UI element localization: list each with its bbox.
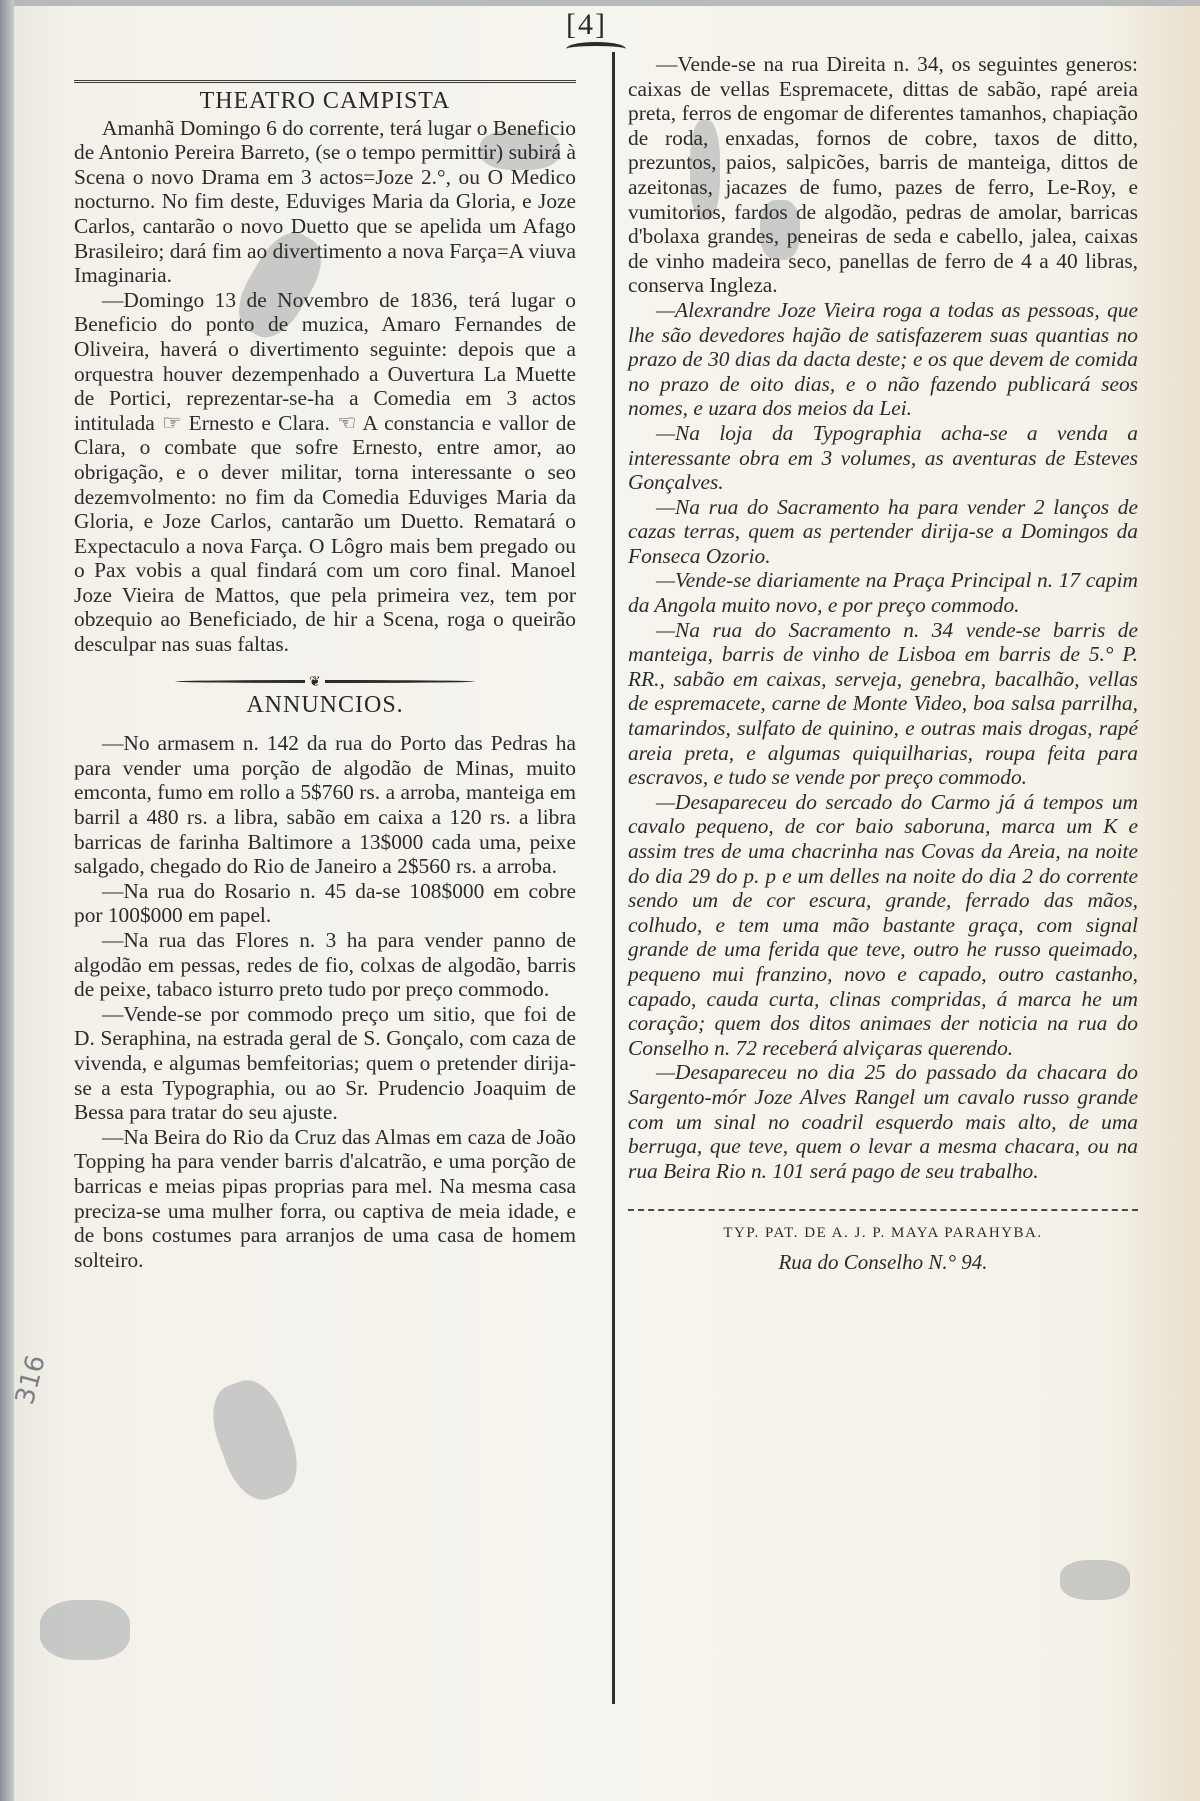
ad-paragraph: —No armasem n. 142 da rua do Porto das P… bbox=[74, 731, 576, 879]
stain bbox=[202, 1372, 309, 1509]
ornament-icon: ❦ bbox=[305, 671, 325, 696]
annuncios-heading: ANNUNCIOS. bbox=[74, 693, 576, 718]
stain bbox=[40, 1600, 130, 1660]
left-column: THEATRO CAMPISTA Amanhã Domingo 6 do cor… bbox=[74, 62, 576, 1272]
theatro-campista-heading: THEATRO CAMPISTA bbox=[74, 89, 576, 114]
ad-paragraph: —Na rua do Sacramento n. 34 vende-se bar… bbox=[628, 618, 1138, 790]
section-rule bbox=[74, 80, 576, 83]
page-number: [4] bbox=[566, 8, 607, 42]
column-divider bbox=[612, 52, 615, 1704]
ad-paragraph: —Na rua do Rosario n. 45 da-se 108$000 e… bbox=[74, 879, 576, 928]
footer-rule bbox=[628, 1209, 1138, 1211]
page-number-ornament bbox=[566, 42, 626, 56]
page-left-edge bbox=[0, 0, 14, 1801]
page-number-text: [4] bbox=[566, 8, 607, 41]
ad-paragraph: —Vende-se na rua Direita n. 34, os segui… bbox=[628, 52, 1138, 298]
stain bbox=[1060, 1560, 1130, 1600]
ornament-divider: ❦ bbox=[175, 677, 475, 685]
article-paragraph: Amanhã Domingo 6 do corrente, terá lugar… bbox=[74, 116, 576, 288]
newspaper-page: [4] 316 THEATRO CAMPISTA Amanhã Domingo … bbox=[0, 0, 1200, 1801]
ad-paragraph: —Desapareceu no dia 25 do passado da cha… bbox=[628, 1060, 1138, 1183]
ad-paragraph: —Desapareceu do sercado do Carmo já á te… bbox=[628, 790, 1138, 1061]
printer-address: Rua do Conselho N.° 94. bbox=[628, 1250, 1138, 1275]
right-column: —Vende-se na rua Direita n. 34, os segui… bbox=[628, 52, 1138, 1275]
article-paragraph: —Domingo 13 de Novembro de 1836, terá lu… bbox=[74, 288, 576, 657]
ad-paragraph: —Na rua do Sacramento ha para vender 2 l… bbox=[628, 495, 1138, 569]
ad-paragraph: —Na Beira do Rio da Cruz das Almas em ca… bbox=[74, 1125, 576, 1273]
printer-imprint: TYP. PAT. DE A. J. P. MAYA PARAHYBA. bbox=[628, 1221, 1138, 1246]
handwritten-margin-note: 316 bbox=[10, 1352, 52, 1408]
ad-paragraph: —Vende-se diariamente na Praça Principal… bbox=[628, 568, 1138, 617]
page-top-edge bbox=[0, 0, 1200, 6]
ad-paragraph: —Na loja da Typographia acha-se a venda … bbox=[628, 421, 1138, 495]
ad-paragraph: —Na rua das Flores n. 3 ha para vender p… bbox=[74, 928, 576, 1002]
ad-paragraph: —Vende-se por commodo preço um sitio, qu… bbox=[74, 1002, 576, 1125]
ad-paragraph: —Alexrandre Joze Vieira roga a todas as … bbox=[628, 298, 1138, 421]
